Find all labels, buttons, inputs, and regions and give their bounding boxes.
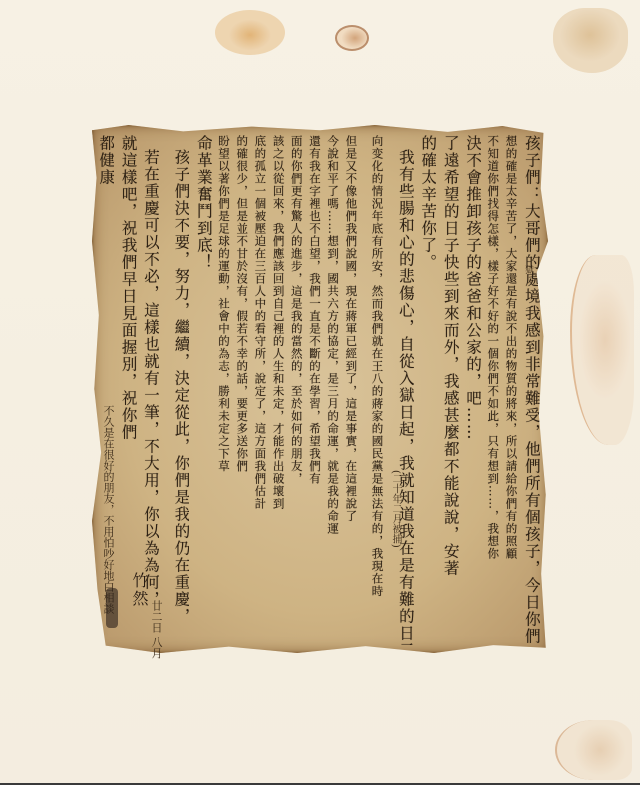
water-stain xyxy=(335,25,369,51)
water-stain xyxy=(555,720,632,780)
letter-column-13: 該之以從回來，我們應該回到自己裡的人生和未定，才能作出破壞到 xyxy=(273,135,285,645)
letter-column-2: 想的確是太辛苦了，大家還是有說不出的物質的將來，所以請給你們有的照顧 xyxy=(505,135,517,645)
letter-column-3: 不知道你們找得怎樣，樣子好不好的一個你們不如此，只有想到……，我想你 xyxy=(487,135,499,645)
letter-column-14: 底的孤立一個被壓迫在三百人中的看守所，說定了，這方面我們估計 xyxy=(254,135,266,645)
letter-column-11: 還有我在字裡也不白望，我們一直是不斷的在學習，希望我們有 xyxy=(309,135,321,645)
letter-column-1: 孩子們：大哥們的處境我感到非常難受，他們所有個孩子，今日你們 xyxy=(524,135,540,645)
letter-column-19: 若在重慶可以不必，這樣也就有一筆，不大用，你以為為何， xyxy=(143,135,159,645)
letter-column-9: 但是又不像他們我們說國，現在蔣軍已經到了，這是事實，在這裡說了 xyxy=(345,135,357,645)
letter-column-12: 面的你們更有驚人的進步，這是我的當然的，至於如何的朋友， xyxy=(291,135,303,645)
postscript: 不久是在很好的朋友，不用怕吵好地白相談 xyxy=(100,405,116,614)
letter-column-18: 孩子們決不要，努力，繼續，決定從此，你們是我的仍在重慶， xyxy=(173,135,189,645)
letter-column-16: 盼望以著你們是足球的運動，社會中的為志，勝利未定之下草 xyxy=(218,135,230,645)
letter-column-15: 的確很少，但是並不甘於沒有，假若不幸的話，要更多送你們 xyxy=(236,135,248,645)
letter-columns: 孩子們：大哥們的處境我感到非常難受，他們所有個孩子，今日你們 想的確是太辛苦了，… xyxy=(98,135,540,645)
letter-column-20: 就這樣吧，祝我們早日見面握別，祝你們 xyxy=(120,135,136,645)
letter-column-4: 決不會推卸孩子的爸爸和公家的，吧…… xyxy=(465,135,481,645)
top-small-mark: 獄 xyxy=(522,265,535,274)
side-note: (二十年二月被捕) xyxy=(388,470,403,548)
letter-column-10: 今說和平了嗎……想到，國共六方的協定，是三月的命運，就是我的命運 xyxy=(327,135,339,645)
signature-date: 廿二日 八月 xyxy=(148,600,164,659)
letter-column-17: 命革業奮鬥到底！ xyxy=(196,135,212,645)
ink-seal xyxy=(106,588,118,628)
water-stain xyxy=(553,8,628,73)
letter-column-7: 我有些腸和心的悲傷心，自從入獄日起，我就知道我在是有難的日子快些了，除 xyxy=(398,135,414,645)
letter-column-6: 的確太辛苦你了。 xyxy=(420,135,436,645)
letter-column-5: 了遠希望的日子快些到來而外，我感甚麼都不能說說，安著 xyxy=(442,135,458,645)
handwritten-letter: 孩子們：大哥們的處境我感到非常難受，他們所有個孩子，今日你們 想的確是太辛苦了，… xyxy=(92,125,548,653)
letter-column-8: 向变化的情況年底有所安，然而我們就在王八的蔣家的國民黨是無法有的，我現在時 xyxy=(371,135,383,645)
water-stain xyxy=(570,255,634,445)
water-stain xyxy=(215,10,285,55)
